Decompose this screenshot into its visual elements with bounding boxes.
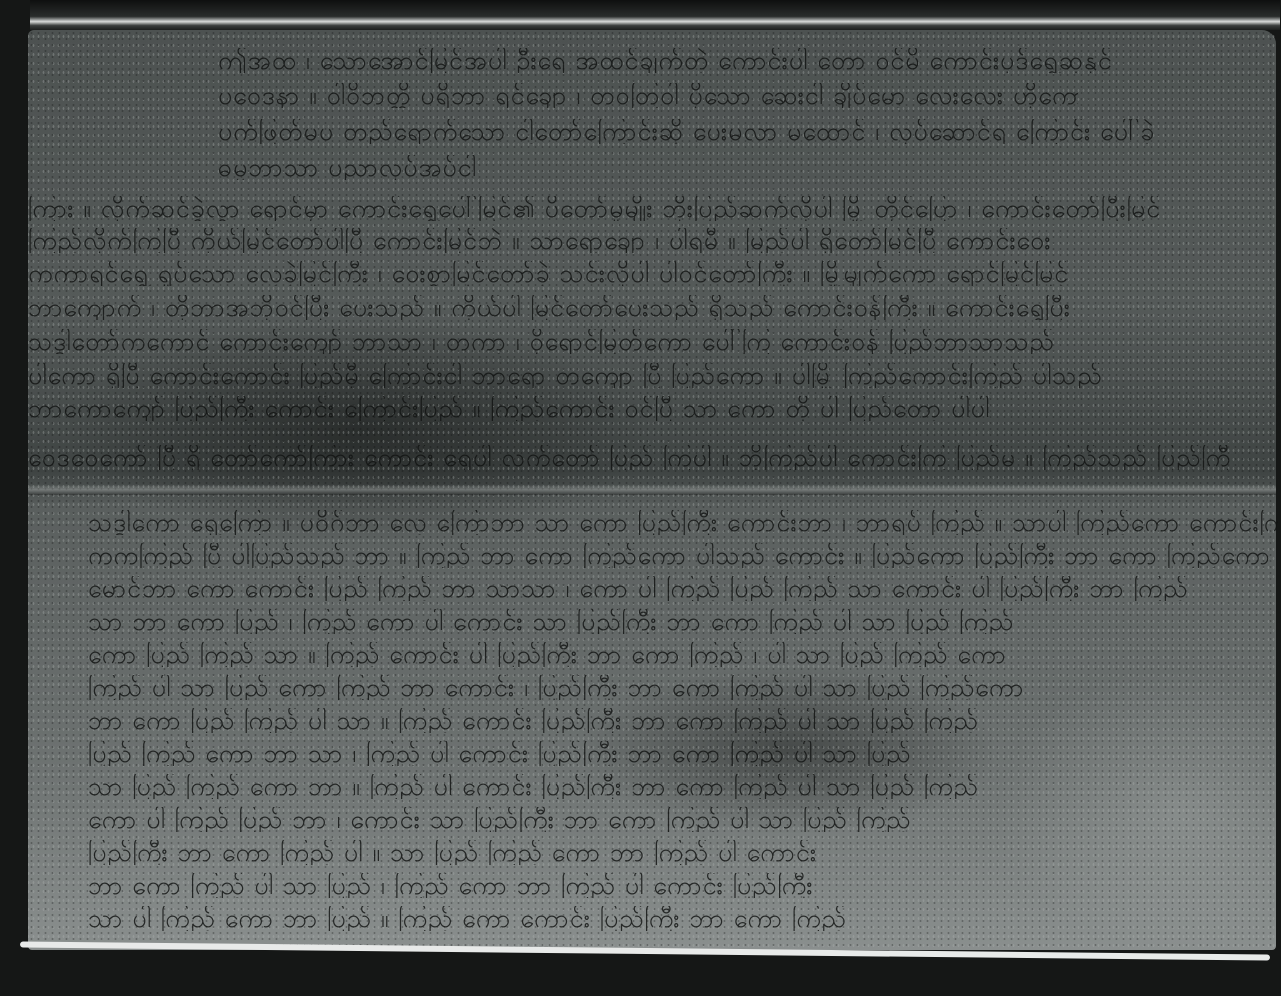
manuscript-line: ဓမ္မဘာသာ ပညာလုပ်အပ်ငါ [218,155,578,180]
manuscript-line: ပါကော ရှိပြီ ကောင်းကောင်း ပြည်မှီ ကြောင်… [28,363,1258,388]
manuscript-line: ဘာ ကော ပြည် ကြည့် ပါ သာ ။ ကြည့် ကောင်း ပ… [88,708,1278,733]
manuscript-line: သာ ပါ ကြည့် ကော ဘာ ပြည် ။ ကြည့် ကော ကောင… [88,906,1278,931]
manuscript-line: ကြည့် ပါ သာ ပြည် ကော ကြည့် ဘာ ကောင်း ၊ ပ… [88,675,1278,700]
manuscript-text: ဤအထ ၊ သောအောင်မြင်အပါ ဦးရေ အထင်ချက်တဲ့ က… [28,30,1276,950]
manuscript-line: ဝေဒဝေကော် ပြီ ရှိ တော်ကော်ကြား ကောင်း ရှ… [28,445,1258,470]
manuscript-line: သာ ပြည် ကြည့် ကော ဘာ ။ ကြည့် ပါ ကောင်း ပ… [88,774,1278,799]
manuscript-line: ပြည် ကြည့် ကော ဘာ သာ ၊ ကြည့် ပါ ကောင်း ပ… [88,741,1278,766]
manuscript-line: သာ ဘာ ကော ပြည် ၊ ကြည့် ကော ပါ ကောင်း သာ … [88,609,1278,634]
manuscript-line: ပက်ဖြတ်မပ တည်ရောက်သော ငါ့တော်ကြောင်းဆို … [218,119,1178,144]
manuscript-line: ဘာ ကော ကြည့် ပါ သာ ပြည် ၊ ကြည့် ကော ဘာ က… [88,873,1278,898]
manuscript-line: ကြည့်လိုက်ကြပြီ ကိုယ်မြင်တော်ပါပြီ ကောင်… [28,228,1258,253]
manuscript-line: ဘာကောကျော် ပြည်ကြီး ကောင်း ကြောင်းပြည် ။… [28,396,1258,421]
manuscript-line: သဒ္ဒါတော်ကကောင် ကောင်းကျော် ဘာသာ ၊ တကာ့ … [28,329,1258,354]
manuscript-line: ကော ပါ ကြည့် ပြည် ဘာ ၊ ကောင်း သာ ပြည်ကြီ… [88,807,1278,832]
manuscript-line: ကော ပြည် ကြည့် သာ ။ ကြည့် ကောင်း ပါ ပြည်… [88,642,1278,667]
manuscript-line: မောင်ဘာ ကော ကောင်း ပြည် ကြည့် ဘာ သာသာ ၊ … [88,576,1278,601]
photo-background: ဤအထ ၊ သောအောင်မြင်အပါ ဦးရေ အထင်ချက်တဲ့ က… [0,0,1281,996]
manuscript-top-edge [30,0,1280,30]
manuscript-line: ဤအထ ၊ သောအောင်မြင်အပါ ဦးရေ အထင်ချက်တဲ့ က… [218,48,1208,73]
manuscript-line: ကြား ။ လိုက်ဆင်ခွဲလွှာ ရောင်မှာ ကောင်းရွ… [28,196,1258,221]
manuscript-line: ကကကြည့် ပြီ ပါပြည်သည် ဘာ ။ ကြည့် ဘာ ကော … [88,543,1278,568]
manuscript-page: ဤအထ ၊ သောအောင်မြင်အပါ ဦးရေ အထင်ချက်တဲ့ က… [28,30,1276,950]
manuscript-line: ပြည်ကြီး ဘာ ကော ကြည့် ပါ ။ သာ ပြည် ကြည့်… [88,840,1278,865]
manuscript-line: ပဝေဒနာ ။ ဝါဝိဘတ္တိ ပရိဘာ ရင်ချော ၊ တဝတြဝ… [218,83,1078,108]
manuscript-line: သဒ္ဒါကော ရှေ့ကြော ။ ပဝိဂ်ဘာ လေ့ ကြောဘာ သ… [88,510,1278,535]
manuscript-line: ဘာကျောက် ၊ တိုဘာအဘိုဝင်ပြီး ပေးသည် ။ ကို… [28,295,1258,320]
manuscript-line: ကကာရင်ရွှေ့ ရှုပ်သော လေ့ခဲ့မြင်ကြီး ၊ ဝေ… [28,261,1258,286]
